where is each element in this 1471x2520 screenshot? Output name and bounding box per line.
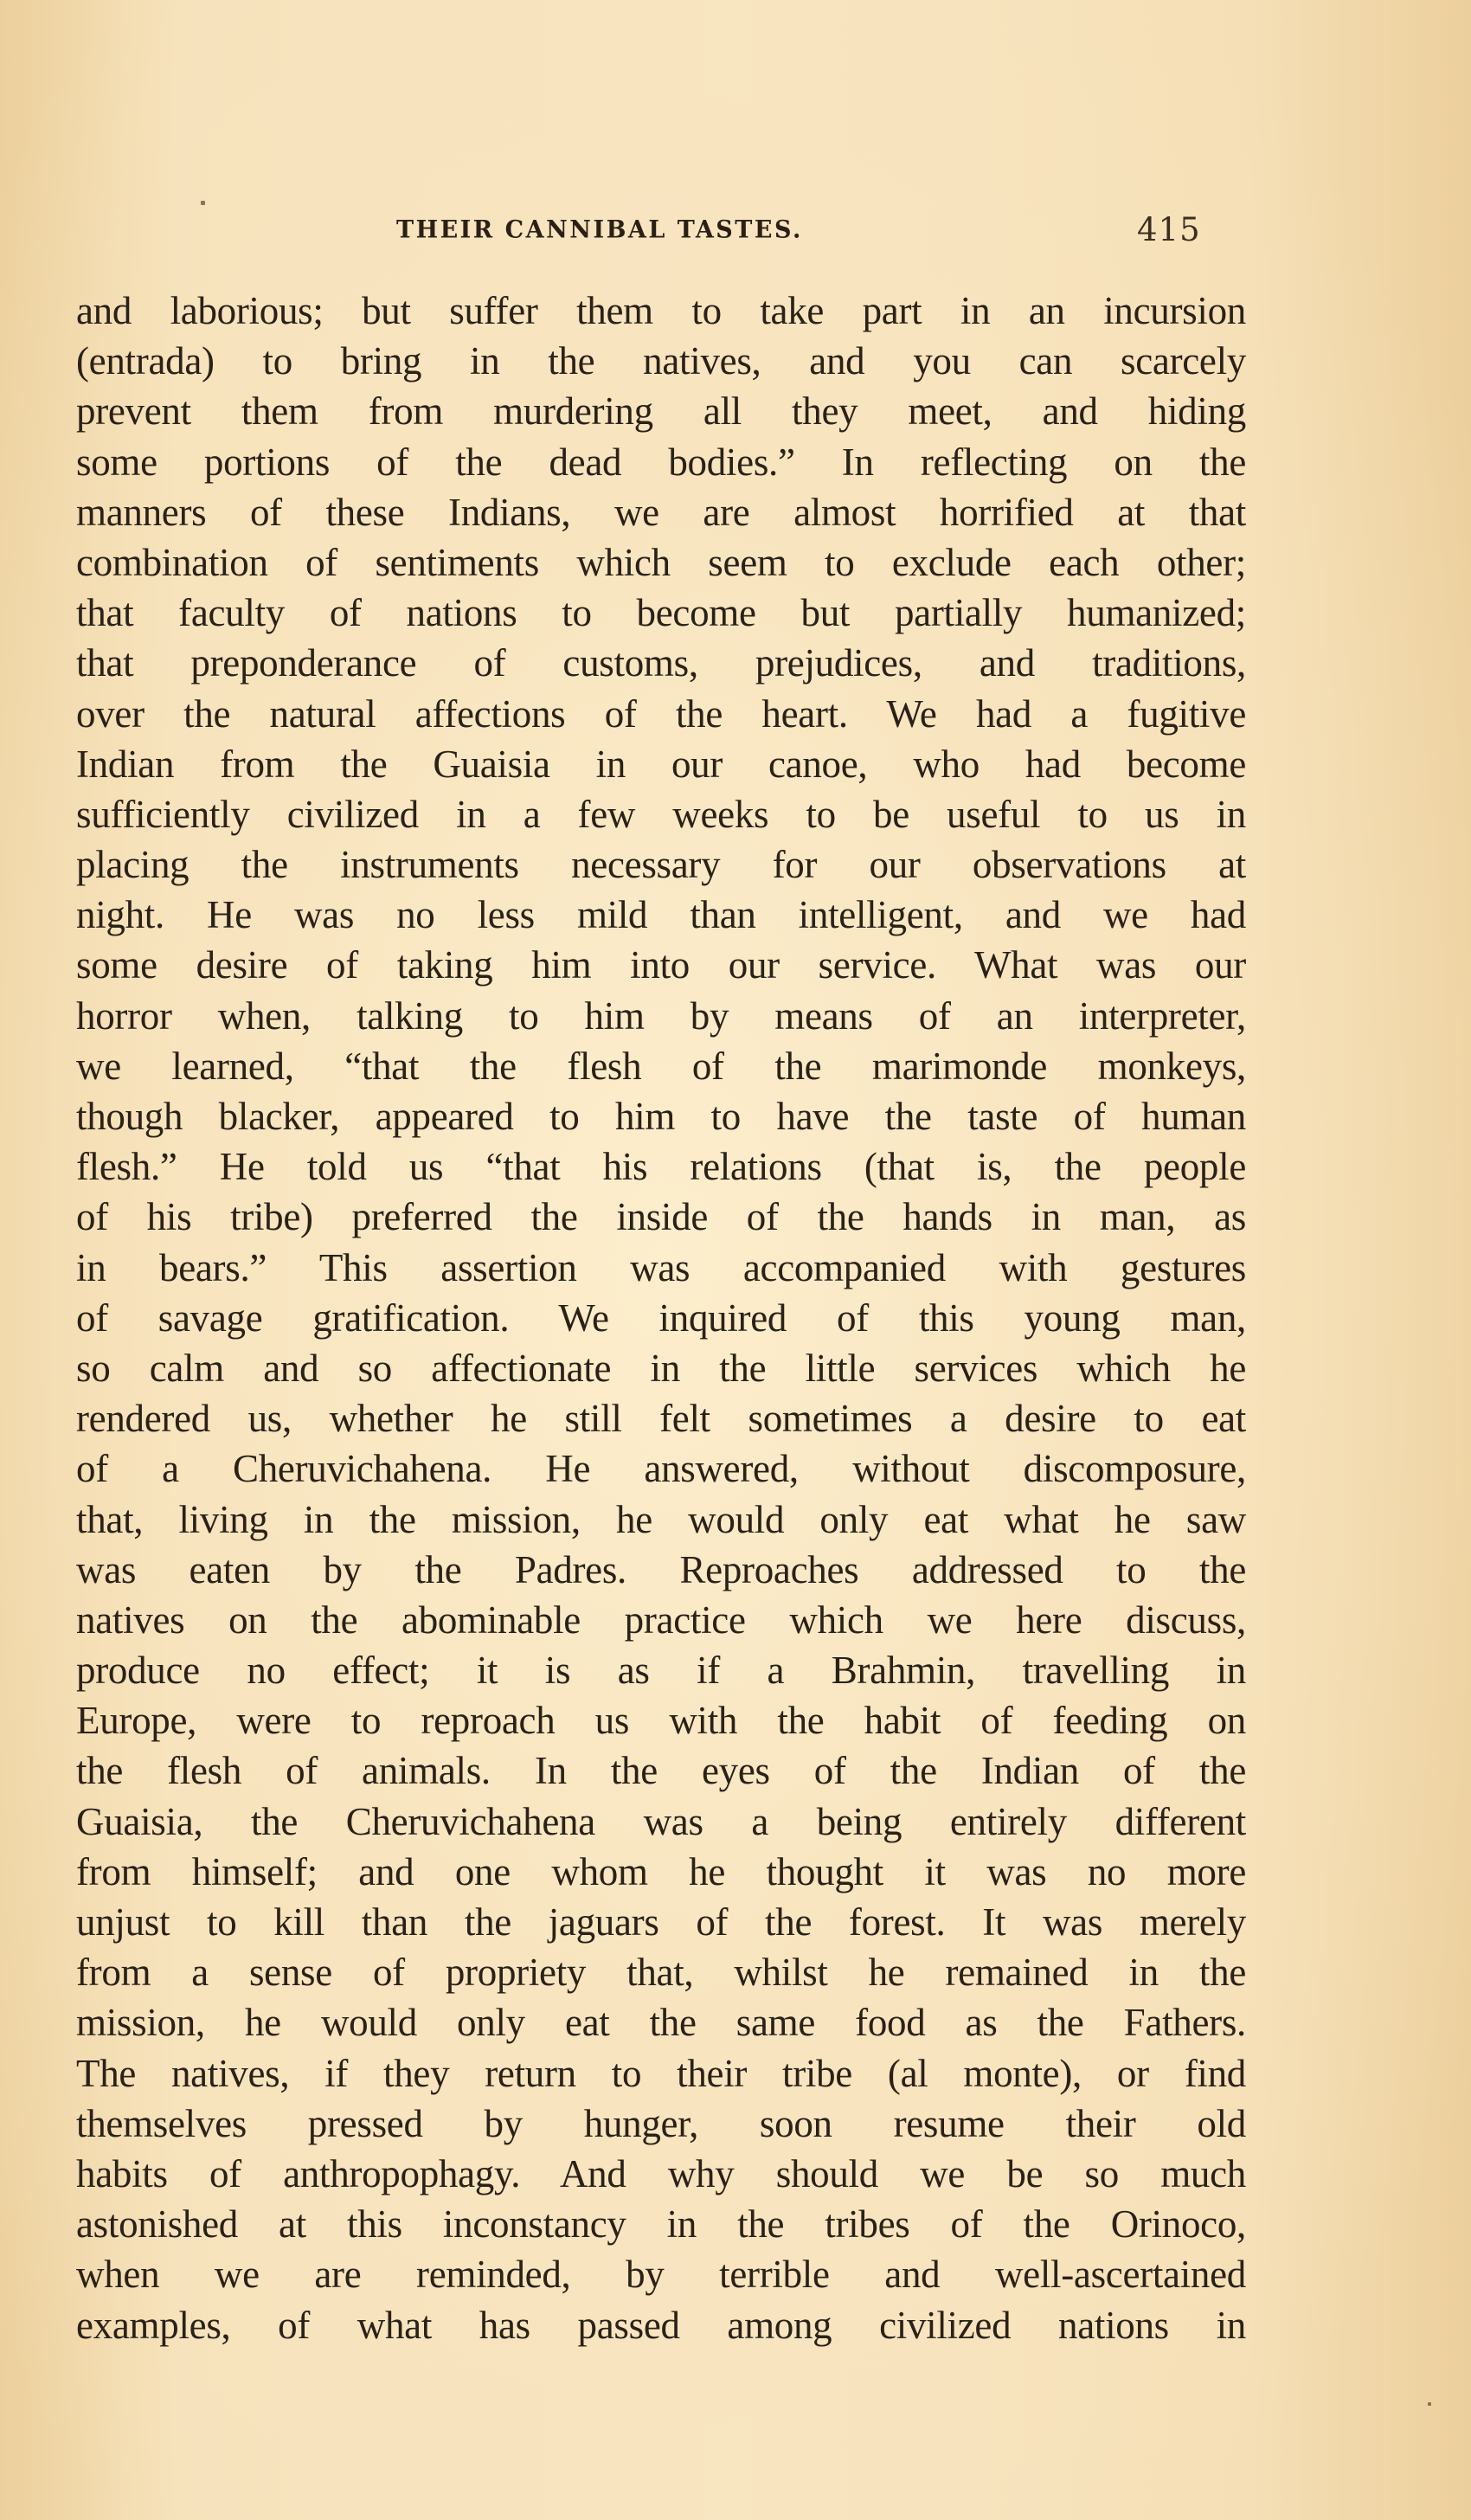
text-line: over the natural affections of the heart… (76, 689, 1246, 739)
text-line: and laborious; but suffer them to take p… (76, 286, 1246, 336)
text-line: that, living in the mission, he would on… (76, 1495, 1246, 1545)
text-line: Indian from the Guaisia in our canoe, wh… (76, 739, 1246, 789)
body-text: and laborious; but suffer them to take p… (76, 286, 1246, 2350)
text-line: so calm and so affectionate in the littl… (76, 1343, 1246, 1393)
text-line: Europe, were to reproach us with the hab… (76, 1695, 1246, 1745)
text-line: prevent them from murdering all they mee… (76, 386, 1246, 436)
text-line: themselves pressed by hunger, soon resum… (76, 2099, 1246, 2149)
text-line: when we are reminded, by terrible and we… (76, 2249, 1246, 2299)
text-line: combination of sentiments which seem to … (76, 537, 1246, 588)
text-line: of his tribe) preferred the inside of th… (76, 1192, 1246, 1242)
text-line: that faculty of nations to become but pa… (76, 588, 1246, 638)
running-title: THEIR CANNIBAL TASTES. (396, 215, 803, 244)
text-line: natives on the abominable practice which… (76, 1595, 1246, 1645)
text-line: some desire of taking him into our servi… (76, 940, 1246, 990)
text-line: night. He was no less mild than intellig… (76, 890, 1246, 940)
text-line: of a Cheruvichahena. He answered, withou… (76, 1443, 1246, 1494)
text-line: produce no effect; it is as if a Brahmin… (76, 1645, 1246, 1695)
page-number: 415 (1137, 211, 1201, 248)
text-line: in bears.” This assertion was accompanie… (76, 1243, 1246, 1293)
text-line: examples, of what has passed among civil… (76, 2300, 1246, 2350)
text-line: unjust to kill than the jaguars of the f… (76, 1897, 1246, 1947)
paper-speck (1428, 2402, 1431, 2406)
text-line: placing the instruments necessary for ou… (76, 839, 1246, 890)
text-line: mission, he would only eat the same food… (76, 1997, 1246, 2047)
text-line: from a sense of propriety that, whilst h… (76, 1947, 1246, 1997)
text-line: horror when, talking to him by means of … (76, 991, 1246, 1041)
text-line: was eaten by the Padres. Reproaches addr… (76, 1545, 1246, 1595)
book-page: THEIR CANNIBAL TASTES. 415 and laborious… (0, 0, 1471, 2520)
text-line: habits of anthropophagy. And why should … (76, 2149, 1246, 2199)
text-line: we learned, “that the flesh of the marim… (76, 1041, 1246, 1091)
running-header: THEIR CANNIBAL TASTES. 415 (396, 211, 1262, 263)
text-line: manners of these Indians, we are almost … (76, 487, 1246, 537)
text-line: Guaisia, the Cheruvichahena was a being … (76, 1797, 1246, 1847)
text-line: The natives, if they return to their tri… (76, 2048, 1246, 2099)
text-line: sufficiently civilized in a few weeks to… (76, 789, 1246, 839)
text-line: though blacker, appeared to him to have … (76, 1091, 1246, 1141)
paper-speck (201, 201, 205, 205)
text-line: (entrada) to bring in the natives, and y… (76, 336, 1246, 386)
text-line: from himself; and one whom he thought it… (76, 1847, 1246, 1897)
text-line: that preponderance of customs, prejudice… (76, 638, 1246, 688)
text-line: some portions of the dead bodies.” In re… (76, 437, 1246, 487)
text-line: the flesh of animals. In the eyes of the… (76, 1745, 1246, 1796)
text-line: astonished at this inconstancy in the tr… (76, 2199, 1246, 2249)
text-line: of savage gratification. We inquired of … (76, 1293, 1246, 1343)
text-line: flesh.” He told us “that his relations (… (76, 1141, 1246, 1192)
text-line: rendered us, whether he still felt somet… (76, 1393, 1246, 1443)
